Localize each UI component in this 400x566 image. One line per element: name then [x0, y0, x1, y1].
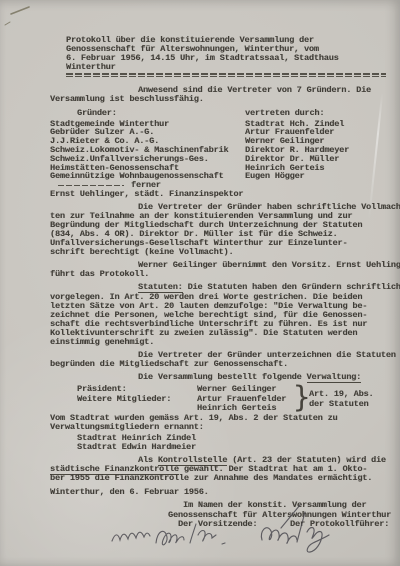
representatives-column-header: vertreten durch: [245, 109, 324, 118]
statuten-lead: Die Statuten haben den Gründern schriftl… [183, 282, 400, 292]
verwaltung-block: Präsident: Werner Geilinger Weitere Mitg… [77, 385, 390, 412]
representative-name: Eugen Högger [245, 172, 305, 181]
title-underline-rule [66, 73, 386, 78]
scanned-protocol-page: Protokoll über die konstituierende Versa… [0, 0, 400, 566]
verwaltung-member: Heinrich Gerteis [197, 404, 276, 413]
unterzeichnen-line: begründen die Mitgliedschaft zur Genosse… [50, 360, 390, 369]
appointed-member: Stadtrat Edwin Hardmeier [77, 443, 390, 452]
kontrolle-line: ber 1955 die Finanzkontrolle zur Annahme… [50, 474, 390, 483]
bestellt-line: Die Versammlung bestellt folgende Verwal… [138, 373, 390, 382]
title-line: Winterthur [66, 63, 390, 72]
presence-line: Versammlung ist beschlussfähig. [50, 95, 390, 104]
table-row: Gemeinnützige Wohnbaugenossenschaft Euge… [50, 172, 390, 181]
vollmacht-line: schrift berechtigt (keine Vollmacht). [50, 248, 390, 257]
founders-table: Stadtgemeinde Winterthur Stadtrat Hch. Z… [50, 120, 390, 182]
closing-roles-row: Der Vorsitzende: Der Protokollführer: [50, 520, 390, 529]
statutes-reference-note: Art. 19, Abs. der Statuten [309, 390, 373, 408]
vorsitz-line: Werner Geilinger übernimmt den Vorsitz. … [138, 261, 390, 270]
verwaltung-emph: Verwaltung: [307, 372, 362, 383]
brace-glyph: } [293, 382, 310, 413]
vorsitz-line: führt das Protokoll. [50, 270, 390, 279]
ernannt-line: Verwaltungsmitgliedern ernannt: [50, 423, 390, 432]
extra-person-line: Ernst Uehlinger, städt. Finanzinspektor [50, 190, 390, 199]
secretary-role-label: Der Protokollführer: [290, 520, 389, 529]
statuten-line: einstimmig genehmigt. [50, 338, 390, 347]
date-line: Winterthur, den 6. Februar 1956. [50, 488, 390, 497]
founders-column-header: Gründer: [50, 109, 245, 118]
closing-block: Im Namen der konstit. Versammlung der Ge… [50, 501, 390, 528]
pencil-mark [5, 7, 29, 25]
verwaltung-role: Weitere Mitglieder: [77, 395, 197, 404]
dash-rule [58, 185, 124, 187]
verwaltung-role [77, 404, 197, 413]
document-body: Protokoll über die konstituierende Versa… [50, 36, 390, 529]
note-line: der Statuten [309, 400, 373, 409]
chairman-role-label: Der Vorsitzende: [178, 520, 257, 529]
bestellt-pre: Die Versammlung bestellt folgende [138, 372, 307, 382]
